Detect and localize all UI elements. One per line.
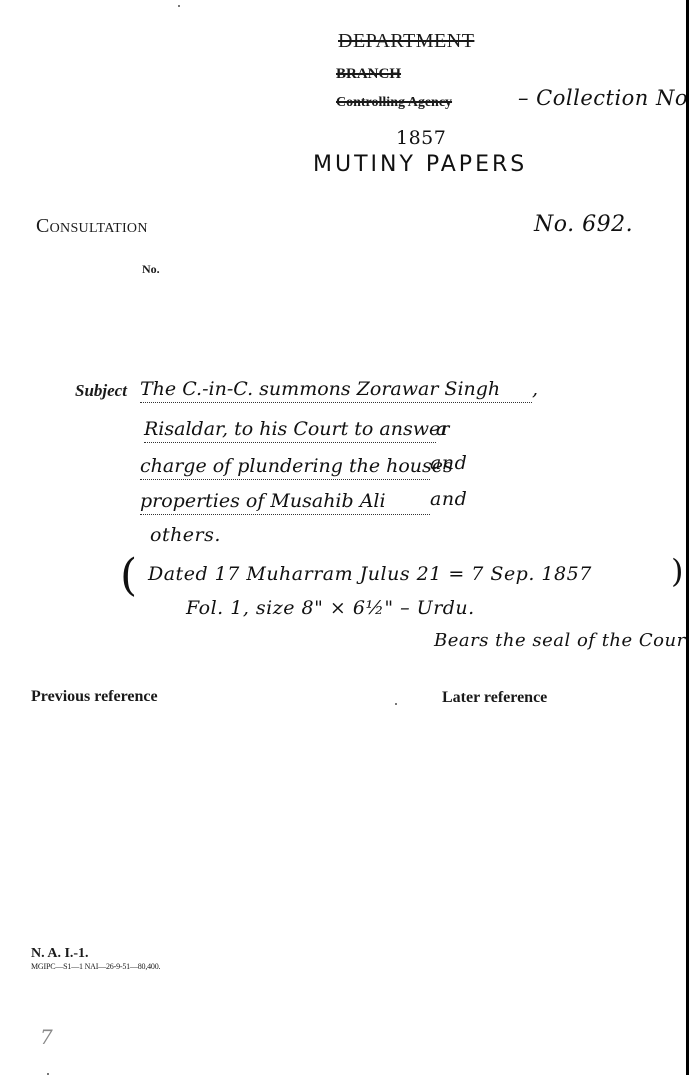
- seal-note: Bears the seal of the Court of C.-in-C.: [434, 630, 689, 651]
- dated-note: Dated 17 Muharram Julus 21 = 7 Sep. 1857: [148, 563, 592, 585]
- document-page: DEPARTMENT BRANCH Controlling Agency – C…: [0, 0, 689, 1075]
- subject-line: charge of plundering the houses: [140, 455, 430, 480]
- subject-line: The C.-in-C. summons Zorawar Singh: [140, 378, 532, 403]
- subject-line: properties of Musahib Ali: [140, 490, 430, 515]
- subject-line-tail: a: [436, 418, 448, 440]
- later-reference-label: Later reference: [442, 689, 547, 707]
- consultation-number: No. 692.: [534, 212, 633, 237]
- printer-line: MGIPC—S1—1 NAI—26-9-51—80,400.: [31, 962, 160, 971]
- year-annotation: 1857: [396, 127, 446, 149]
- series-title: MUTINY PAPERS: [313, 152, 527, 177]
- department-label: DEPARTMENT: [338, 30, 474, 53]
- controlling-agency-label: Controlling Agency: [336, 95, 452, 111]
- branch-label: BRANCH: [336, 66, 401, 83]
- form-code: N. A. I.-1.: [31, 946, 89, 962]
- subject-line-tail: and: [430, 452, 467, 474]
- subject-line: Risaldar, to his Court to answer: [144, 418, 436, 443]
- consultation-number-label: No.: [142, 262, 160, 277]
- subject-label: Subject: [75, 381, 127, 401]
- scan-speck: [178, 5, 180, 7]
- close-parenthesis: ): [671, 552, 683, 590]
- open-parenthesis: (: [120, 550, 137, 601]
- page-mark: 7: [40, 1025, 53, 1049]
- collection-number: – Collection No. 60: [518, 86, 689, 110]
- scan-speck: [395, 703, 397, 705]
- folio-note: Fol. 1, size 8" × 6½" – Urdu.: [186, 597, 475, 619]
- previous-reference-label: Previous reference: [31, 688, 158, 706]
- subject-line: others.: [150, 524, 221, 546]
- subject-line-tail: and: [430, 488, 467, 510]
- subject-line-tail: ,: [532, 378, 539, 400]
- consultation-heading: Consultation: [36, 215, 148, 238]
